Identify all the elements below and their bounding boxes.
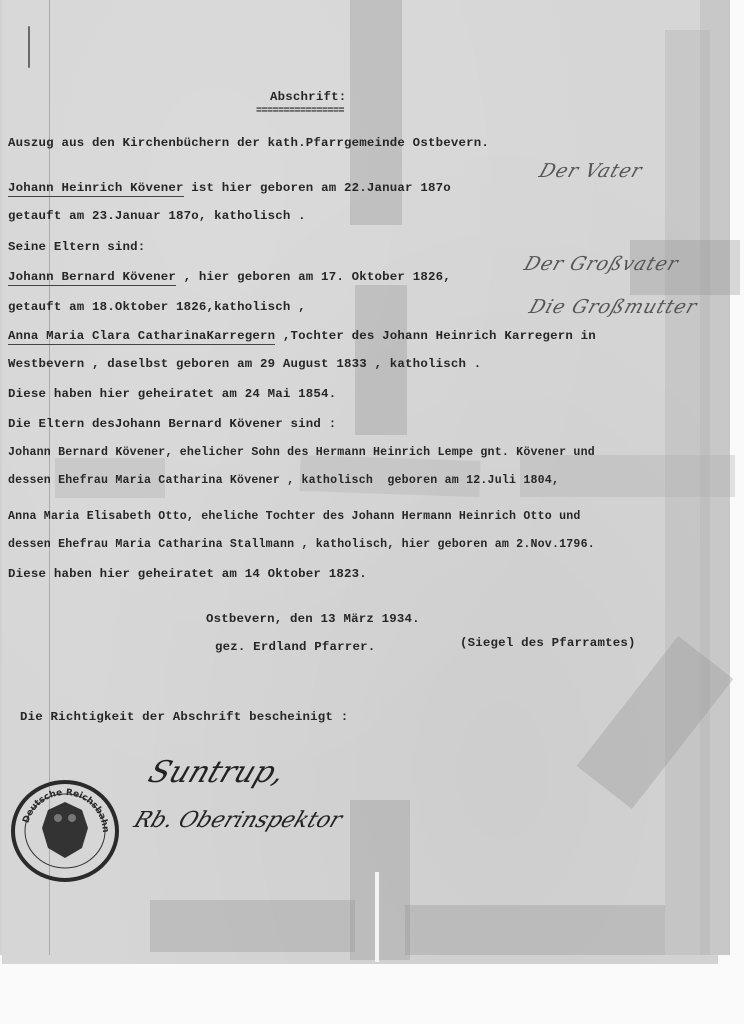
- text-line: getauft am 18.Oktober 1826,katholisch ,: [8, 300, 306, 314]
- signature-name: Suntrup,: [144, 755, 290, 790]
- text-line: Diese haben hier geheiratet am 14 Oktobe…: [8, 567, 367, 581]
- text-line: Die Eltern desJohann Bernard Kövener sin…: [8, 417, 336, 431]
- annotation-grandmother: Die Großmutter: [526, 296, 700, 318]
- seal-stamp-icon: Deutsche Reichsbahn: [10, 778, 120, 883]
- tape-gap: [375, 872, 379, 962]
- text-line: Westbevern , daselbst geboren am 29 Augu…: [8, 357, 481, 371]
- underlined-name: Johann Bernard Kövener: [8, 270, 176, 286]
- signed-by: gez. Erdland Pfarrer.: [215, 640, 375, 654]
- text-line: dessen Ehefrau Maria Catharina Stallmann…: [8, 538, 595, 551]
- seal-note: (Siegel des Pfarramtes): [460, 636, 636, 650]
- document-title: Abschrift:: [270, 90, 346, 104]
- text-line: Diese haben hier geheiratet am 24 Mai 18…: [8, 387, 336, 401]
- text-line: Anna Maria Elisabeth Otto, eheliche Toch…: [8, 510, 581, 523]
- text-line: Auszug aus den Kirchenbüchern der kath.P…: [8, 136, 489, 150]
- underlined-name: Johann Heinrich Kövener: [8, 181, 184, 197]
- text-line: Johann Heinrich Kövener ist hier geboren…: [8, 181, 451, 195]
- tape-strip: [150, 900, 355, 952]
- annotation-father: Der Vater: [536, 160, 645, 182]
- tape-strip: [405, 905, 665, 955]
- staple-icon: [28, 26, 30, 68]
- text-line: Seine Eltern sind:: [8, 240, 145, 254]
- signature-title: Rb. Oberinspektor: [130, 808, 345, 833]
- text-line: Johann Bernard Kövener, ehelicher Sohn d…: [8, 446, 595, 459]
- text-line: getauft am 23.Januar 187o, katholisch .: [8, 209, 306, 223]
- certification-line: Die Richtigkeit der Abschrift bescheinig…: [20, 710, 348, 724]
- annotation-grandfather: Der Großvater: [521, 253, 681, 275]
- text-line: Anna Maria Clara CatharinaKarregern ,Toc…: [8, 329, 596, 343]
- text-line: Johann Bernard Kövener , hier geboren am…: [8, 270, 451, 284]
- title-underline: ================: [256, 106, 344, 117]
- tape-strip: [350, 800, 410, 960]
- underlined-name: Anna Maria Clara CatharinaKarregern: [8, 329, 275, 345]
- place-date: Ostbevern, den 13 März 1934.: [206, 612, 420, 626]
- text-line: dessen Ehefrau Maria Catharina Kövener ,…: [8, 474, 559, 487]
